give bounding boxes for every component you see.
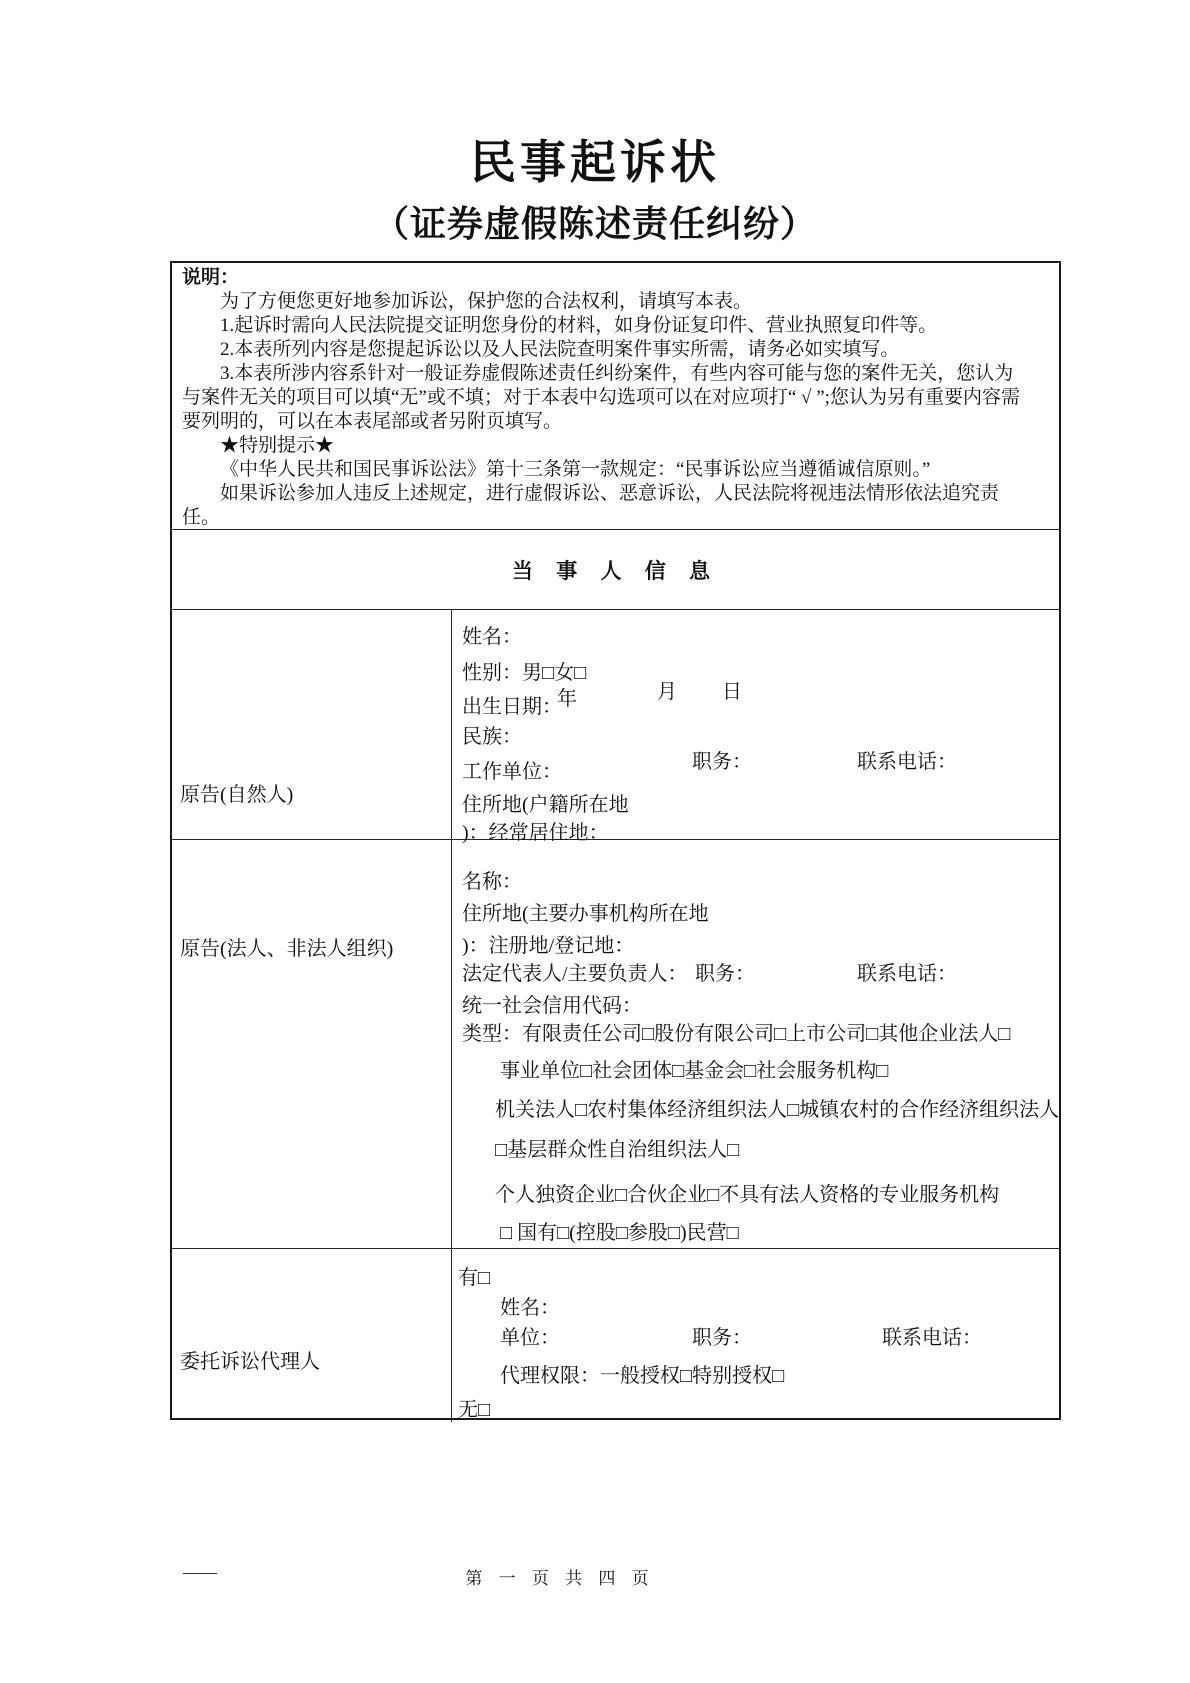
birth-day-label: 日 <box>722 675 742 704</box>
natural-person-label-cell: 原告(自然人) <box>172 610 452 839</box>
agent-authority-field-label: 代理权限：一般授权□特别授权□ <box>500 1359 1053 1385</box>
birthdate-field-line: 出生日期： 年 月 日 <box>462 690 1053 716</box>
page-title: 民事起诉状 <box>0 126 1190 192</box>
gender-field-label: 性别：男□女□ <box>462 656 1053 682</box>
org-type-line6: □ 国有□(控股□参股□)民营□ <box>500 1216 1053 1242</box>
birth-month-label: 月 <box>657 675 677 704</box>
legal-person-field-cell: 名称： 住所地(主要办事机构所在地 )：注册地/登记地： 法定代表人/主要负责人… <box>452 840 1059 1248</box>
agent-none-checkbox-label: 无□ <box>458 1393 1053 1419</box>
org-domicile-line2: )：注册地/登记地： <box>462 929 1053 955</box>
instructions-section: 说明： 为了方便您更好地参加诉讼，保护您的合法权利，请填写本表。 1.起诉时需向… <box>172 263 1059 529</box>
org-type-line5: 个人独资企业□合伙企业□不具有法人资格的专业服务机构 <box>495 1178 1053 1204</box>
instructions-paragraph-2: 1.起诉时需向人民法院提交证明您身份的材料，如身份证复印件、营业执照复印件等。 <box>182 314 1031 338</box>
instructions-paragraph-3: 2.本表所列内容是您提起诉讼以及人民法院查明案件事实所需，请务必如实填写。 <box>182 338 1031 362</box>
agent-has-checkbox-label: 有□ <box>458 1261 1053 1287</box>
ethnicity-field-label: 民族： <box>462 720 1053 746</box>
agent-field-cell: 有□ 姓名： 单位： 职务： 联系电话： 代理权限：一般授权□特别授权□ 无□ <box>452 1249 1059 1422</box>
agent-row-label: 委托诉讼代理人 <box>180 1351 320 1373</box>
document-page: 民事起诉状 （证券虚假陈述责任纠纷） 说明： 为了方便您更好地参加诉讼，保护您的… <box>0 0 1190 1683</box>
name-field-label: 姓名： <box>462 620 1053 646</box>
phone-label: 联系电话： <box>857 745 957 774</box>
special-notice-heading: ★特别提示★ <box>182 434 1031 458</box>
representative-field-line: 法定代表人/主要负责人： 职务： 联系电话： <box>462 957 1053 983</box>
agent-label-cell: 委托诉讼代理人 <box>172 1249 452 1422</box>
page-number-indicator: 第 一 页 共 四 页 <box>0 1564 1120 1589</box>
party-info-header-row: 当 事 人 信 息 <box>172 529 1059 609</box>
agent-duty-label: 职务： <box>692 1321 752 1350</box>
org-duty-label: 职务： <box>695 957 755 986</box>
party-info-header-text: 当 事 人 信 息 <box>512 555 719 585</box>
org-domicile-line1: 住所地(主要办事机构所在地 <box>462 897 1053 923</box>
natural-person-row-label: 原告(自然人) <box>180 784 293 806</box>
residence-field-line1: 住所地(户籍所在地 <box>462 788 1053 814</box>
credit-code-field-label: 统一社会信用代码： <box>462 989 1053 1015</box>
org-type-line2: 事业单位□社会团体□基金会□社会服务机构□ <box>500 1054 1053 1080</box>
birthdate-label: 出生日期： <box>462 690 562 719</box>
natural-person-row: 原告(自然人) 姓名： 性别：男□女□ 出生日期： 年 月 日 民族： 工作单位… <box>172 609 1059 839</box>
agent-name-field-label: 姓名： <box>500 1291 1053 1317</box>
page-subtitle: （证券虚假陈述责任纠纷） <box>0 196 1190 247</box>
instructions-heading: 说明： <box>182 266 1031 290</box>
agent-employer-label: 单位： <box>500 1321 560 1350</box>
instructions-paragraph-1: 为了方便您更好地参加诉讼，保护您的合法权利，请填写本表。 <box>182 290 1031 314</box>
natural-person-field-cell: 姓名： 性别：男□女□ 出生日期： 年 月 日 民族： 工作单位： 职务： 联系… <box>452 610 1059 839</box>
org-type-line4: □基层群众性自治组织法人□ <box>495 1133 1053 1159</box>
legal-person-row: 原告(法人、非法人组织) 名称： 住所地(主要办事机构所在地 )：注册地/登记地… <box>172 839 1059 1248</box>
employer-field-line: 工作单位： 职务： 联系电话： <box>462 755 1053 781</box>
employer-label: 工作单位： <box>462 755 562 784</box>
residence-field-line2: )：经常居住地： <box>462 816 1053 842</box>
birth-year-label: 年 <box>557 682 577 711</box>
org-type-line1: 类型：有限责任公司□股份有限公司□上市公司□其他企业法人□ <box>462 1017 1053 1043</box>
page-footer: —— 第 一 页 共 四 页 <box>0 1562 1190 1592</box>
instructions-paragraph-4: 3.本表所涉内容系针对一般证券虚假陈述责任纠纷案件，有些内容可能与您的案件无关，… <box>182 362 1031 434</box>
org-type-line3: 机关法人□农村集体经济组织法人□城镇农村的合作经济组织法人 <box>495 1093 1053 1119</box>
complaint-form-table: 说明： 为了方便您更好地参加诉讼，保护您的合法权利，请填写本表。 1.起诉时需向… <box>170 261 1061 1420</box>
agent-phone-label: 联系电话： <box>882 1321 982 1350</box>
legal-person-label-cell: 原告(法人、非法人组织) <box>172 840 452 1248</box>
agent-employer-field-line: 单位： 职务： 联系电话： <box>462 1321 1053 1347</box>
instructions-paragraph-7: 如果诉讼参加人违反上述规定，进行虚假诉讼、恶意诉讼，人民法院将视违法情形依法追究… <box>182 482 1031 530</box>
duty-label: 职务： <box>692 745 752 774</box>
representative-label: 法定代表人/主要负责人： <box>462 957 688 986</box>
org-name-field-label: 名称： <box>462 865 1053 891</box>
agent-row: 委托诉讼代理人 有□ 姓名： 单位： 职务： 联系电话： 代理权限：一般授权□特… <box>172 1248 1059 1422</box>
org-phone-label: 联系电话： <box>857 957 957 986</box>
legal-person-row-label: 原告(法人、非法人组织) <box>180 938 393 960</box>
instructions-paragraph-6: 《中华人民共和国民事诉讼法》第十三条第一款规定：“民事诉讼应当遵循诚信原则。” <box>182 458 1031 482</box>
